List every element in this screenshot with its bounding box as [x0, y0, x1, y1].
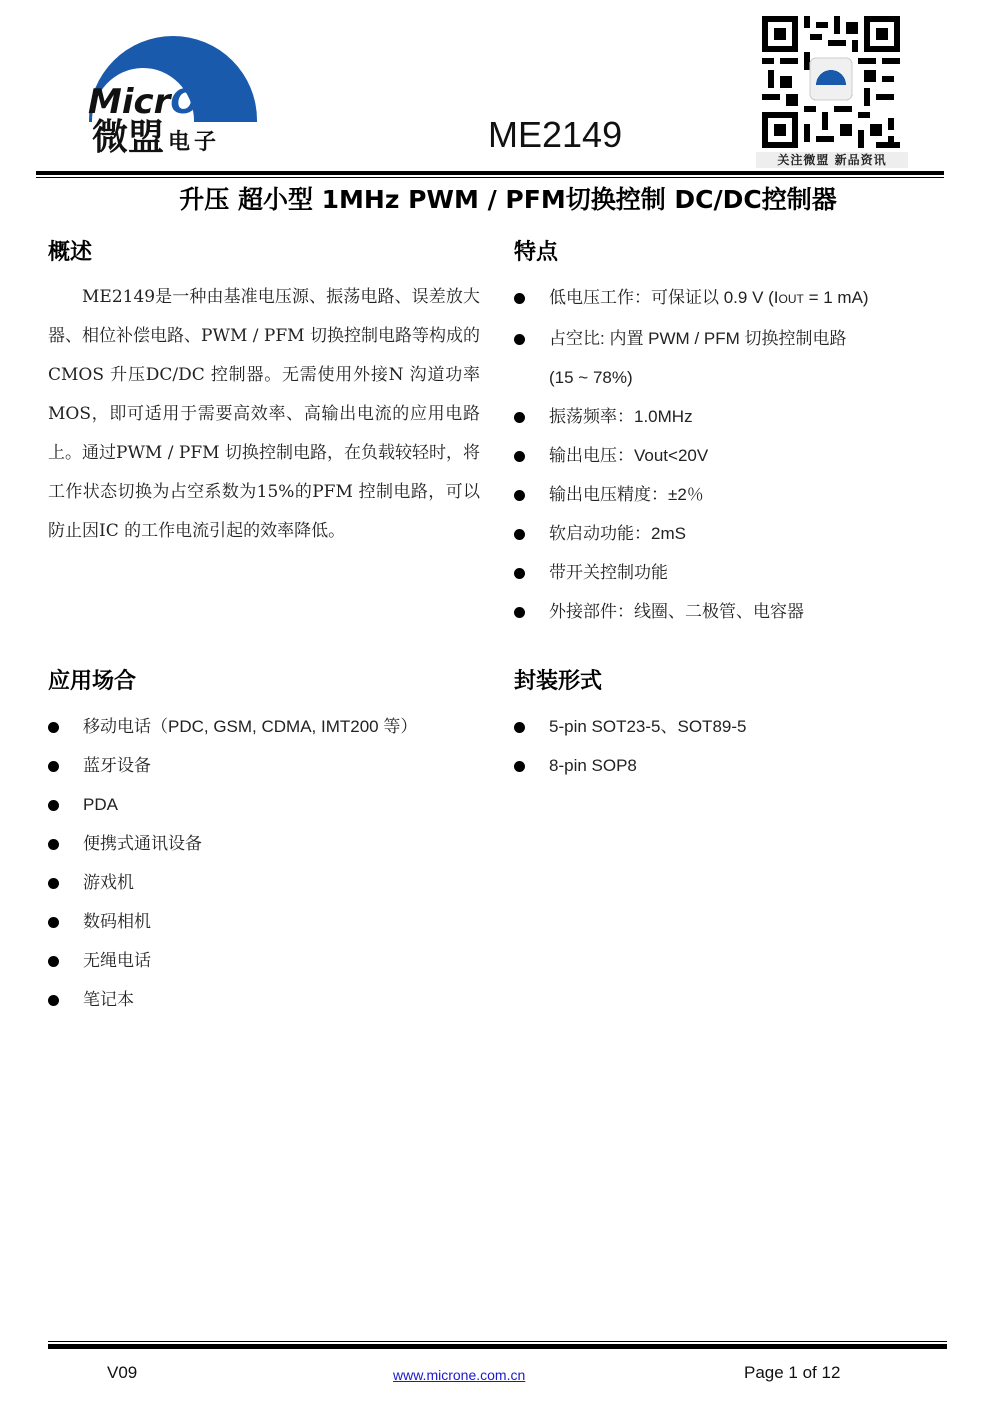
bullet-icon [48, 917, 59, 928]
logo-wordmark: MicrOne [88, 84, 247, 120]
footer-rule-thin [48, 1341, 947, 1342]
feature-item: 低电压工作：可保证以 0.9 V (IOUT = 1 mA) [514, 278, 954, 319]
features-list-rest: 振荡频率：1.0MHz 输出电压：Vout<20V 输出电压精度：±2％ 软启动… [514, 397, 954, 631]
application-item: 游戏机 [48, 863, 488, 902]
logo-wordmark-one: One [170, 82, 246, 122]
qr-caption: 关注微盟 新品资讯 [756, 152, 908, 168]
bullet-icon [48, 761, 59, 772]
page-title: 升压 超小型 1MHz PWM / PFM切换控制 DC/DC控制器 [0, 183, 991, 217]
logo-wordmark-micr: Micr [88, 82, 170, 122]
package-item: 8-pin SOP8 [514, 746, 954, 785]
microne-logo: MicrOne 微盟电子 [86, 12, 261, 162]
feature-text-post: = 1 mA) [804, 288, 869, 307]
logo-cn-small: 电子 [168, 130, 220, 155]
application-item: 笔记本 [48, 980, 488, 1019]
bullet-icon [48, 839, 59, 850]
applications-heading: 应用场合 [48, 667, 136, 697]
packages-heading: 封装形式 [514, 667, 602, 697]
qr-code [762, 16, 900, 148]
bullet-icon [514, 607, 525, 618]
application-text: 数码相机 [83, 912, 151, 931]
features-list: 低电压工作：可保证以 0.9 V (IOUT = 1 mA) 占空比: 内置 P… [514, 278, 954, 358]
application-text: 蓝牙设备 [83, 756, 151, 775]
bullet-icon [514, 334, 525, 345]
feature-text: 软启动功能：2mS [549, 524, 686, 543]
application-item: 无绳电话 [48, 941, 488, 980]
bullet-icon [514, 722, 525, 733]
feature-item: 振荡频率：1.0MHz [514, 397, 954, 436]
feature-item: 外接部件：线圈、二极管、电容器 [514, 592, 954, 631]
logo-chinese: 微盟电子 [92, 118, 220, 163]
qr-code-icon [762, 16, 900, 148]
bullet-icon [514, 761, 525, 772]
footer-website-link[interactable]: www.microne.com.cn [393, 1364, 525, 1386]
bullet-icon [514, 451, 525, 462]
document-id: ME2149 [488, 115, 622, 155]
package-item: 5-pin SOT23-5、SOT89-5 [514, 707, 954, 746]
packages-list: 5-pin SOT23-5、SOT89-5 8-pin SOP8 [514, 707, 954, 785]
applications-list-container: 移动电话（PDC, GSM, CDMA, IMT200 等） 蓝牙设备 PDA … [48, 707, 488, 1019]
overview-text: ME2149是一种由基准电压源、振荡电路、误差放大器、相位补偿电路、PWM / … [48, 287, 480, 541]
application-text: 无绳电话 [83, 951, 151, 970]
bullet-icon [48, 995, 59, 1006]
footer-page-number: Page 1 of 12 [744, 1362, 840, 1384]
application-item: 移动电话（PDC, GSM, CDMA, IMT200 等） [48, 707, 488, 746]
applications-list: 移动电话（PDC, GSM, CDMA, IMT200 等） 蓝牙设备 PDA … [48, 707, 488, 1019]
footer-version: V09 [107, 1362, 137, 1384]
feature-item: 带开关控制功能 [514, 553, 954, 592]
feature-item: 占空比: 内置 PWM / PFM 切换控制电路 [514, 319, 954, 358]
feature-text: 振荡频率：1.0MHz [549, 407, 693, 426]
feature-text: 占空比: 内置 PWM / PFM 切换控制电路 [549, 329, 847, 348]
bullet-icon [48, 800, 59, 811]
application-text: 移动电话（PDC, GSM, CDMA, IMT200 等） [83, 717, 417, 736]
features-heading: 特点 [514, 238, 558, 268]
application-item: 蓝牙设备 [48, 746, 488, 785]
bullet-icon [514, 293, 525, 304]
overview-heading: 概述 [48, 238, 92, 268]
feature-text: 带开关控制功能 [549, 563, 668, 582]
feature-text: 低电压工作：可保证以 0.9 V (I [549, 288, 779, 307]
feature-continuation: (15 ~ 78%) [514, 358, 954, 397]
feature-text: 输出电压精度：±2％ [549, 485, 704, 504]
application-item: 数码相机 [48, 902, 488, 941]
footer-rule-thick [48, 1344, 947, 1349]
application-item: 便携式通讯设备 [48, 824, 488, 863]
bullet-icon [48, 956, 59, 967]
feature-subscript: OUT [779, 292, 804, 306]
bullet-icon [514, 412, 525, 423]
feature-text: 外接部件：线圈、二极管、电容器 [549, 602, 804, 621]
feature-item: 输出电压精度：±2％ [514, 475, 954, 514]
bullet-icon [514, 529, 525, 540]
bullet-icon [514, 568, 525, 579]
packages-list-container: 5-pin SOT23-5、SOT89-5 8-pin SOP8 [514, 707, 954, 785]
header-rule-thin [36, 177, 944, 178]
package-text: 5-pin SOT23-5、SOT89-5 [549, 717, 746, 736]
feature-item: 输出电压：Vout<20V [514, 436, 954, 475]
feature-text: 输出电压：Vout<20V [549, 446, 708, 465]
application-text: 游戏机 [83, 873, 134, 892]
bullet-icon [514, 490, 525, 501]
package-text: 8-pin SOP8 [549, 756, 637, 775]
header-rule-thick [36, 171, 944, 175]
features-list-container: 低电压工作：可保证以 0.9 V (IOUT = 1 mA) 占空比: 内置 P… [514, 278, 954, 631]
application-text: 便携式通讯设备 [83, 834, 202, 853]
logo-cn-large: 微盟 [92, 117, 164, 158]
feature-item: 软启动功能：2mS [514, 514, 954, 553]
overview-paragraph: ME2149是一种由基准电压源、振荡电路、误差放大器、相位补偿电路、PWM / … [48, 278, 480, 551]
bullet-icon [48, 722, 59, 733]
application-item: PDA [48, 785, 488, 824]
application-text: 笔记本 [83, 990, 134, 1009]
bullet-icon [48, 878, 59, 889]
application-text: PDA [83, 795, 118, 814]
